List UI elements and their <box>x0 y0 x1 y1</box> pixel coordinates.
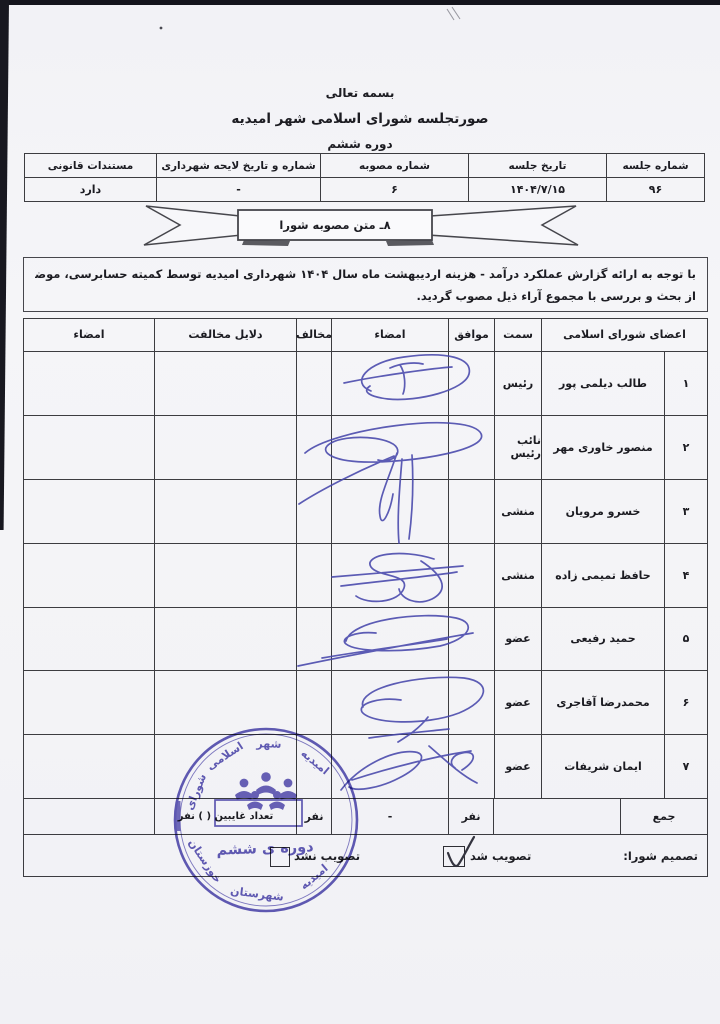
signature-cell <box>331 608 448 671</box>
disagree-reasons-cell <box>154 671 296 734</box>
row-number: ۱ <box>664 352 707 415</box>
row-number: ۴ <box>664 544 707 607</box>
info-header-row: شماره جلسه تاریخ جلسه شماره مصوبه شماره … <box>25 154 704 177</box>
signature-cell <box>331 671 448 734</box>
disagree-reasons-cell <box>154 544 296 607</box>
member-position: منشی <box>494 544 541 607</box>
info-header-resolution-no: شماره مصوبه <box>320 154 468 177</box>
row-number: ۳ <box>664 480 707 543</box>
disagree-cell <box>296 735 331 798</box>
member-row-6: ۶ محمدرضا آقاجری عضو <box>24 670 707 734</box>
row-number: ۶ <box>664 671 707 734</box>
info-value-session-date: ۱۴۰۴/۷/۱۵ <box>468 178 606 201</box>
agree-cell <box>448 671 494 734</box>
total-signature-dash: - <box>331 799 448 834</box>
scan-edge-top <box>0 0 720 5</box>
col-header-signature-2: امضاء <box>24 319 154 351</box>
agree-cell <box>448 352 494 415</box>
signature-2-cell <box>24 608 154 671</box>
member-position: رئیس <box>494 352 541 415</box>
info-header-session-date: تاریخ جلسه <box>468 154 606 177</box>
disagree-reasons-cell <box>154 352 296 415</box>
total-disagree-count: نفر <box>296 799 331 834</box>
member-name: ایمان شریفات <box>541 735 664 798</box>
decision-label: تصمیم شورا: <box>623 835 698 877</box>
member-name: منصور خاوری مهر <box>541 416 664 479</box>
member-name: طالب دیلمی پور <box>541 352 664 415</box>
agree-cell <box>448 735 494 798</box>
member-row-1: ۱ طالب دیلمی پور رئیس <box>24 351 707 415</box>
pen-mark-top <box>447 7 460 20</box>
ribbon-right-tail <box>428 206 578 245</box>
ink-dot <box>160 27 163 30</box>
resolution-line-1: با توجه به ارائه گزارش عملکرد درآمد - هز… <box>35 263 696 285</box>
resolution-text-box: با توجه به ارائه گزارش عملکرد درآمد - هز… <box>23 257 708 312</box>
bismillah-text: بسمه تعالی <box>0 86 720 100</box>
member-row-2: ۲ منصور خاوری مهر نائب رئیس <box>24 415 707 479</box>
member-name: حمید رفیعی <box>541 608 664 671</box>
member-name: خسرو مرویان <box>541 480 664 543</box>
col-header-position: سمت <box>494 319 541 351</box>
disagree-cell <box>296 671 331 734</box>
ribbon-left-tail <box>144 206 242 245</box>
disagree-cell <box>296 352 331 415</box>
rejected-checkbox <box>270 847 290 867</box>
agree-cell <box>448 544 494 607</box>
info-value-row: ۹۶ ۱۴۰۴/۷/۱۵ ۶ - دارد <box>25 177 704 201</box>
term-subtitle: دوره ششم <box>0 137 720 151</box>
total-empty-cell <box>493 799 620 834</box>
disagree-reasons-cell <box>154 480 296 543</box>
info-value-session-no: ۹۶ <box>606 178 704 201</box>
vote-table: اعضای شورای اسلامی سمت موافق امضاء مخالف… <box>23 318 708 877</box>
signature-2-cell <box>24 416 154 479</box>
session-info-table: شماره جلسه تاریخ جلسه شماره مصوبه شماره … <box>24 153 705 202</box>
member-row-7: ۷ ایمان شریفات عضو <box>24 734 707 798</box>
scanned-document-page: بسمه تعالی صورتجلسه شورای اسلامی شهر امی… <box>0 0 720 1024</box>
total-label: جمع <box>620 799 707 834</box>
disagree-cell <box>296 416 331 479</box>
signature-cell <box>331 480 448 543</box>
member-row-4: ۴ حافظ تمیمی زاده منشی <box>24 543 707 607</box>
agree-cell <box>448 480 494 543</box>
disagree-cell <box>296 544 331 607</box>
info-header-bill-no-date: شماره و تاریخ لایحه شهرداری <box>156 154 320 177</box>
member-row-5: ۵ حمید رفیعی عضو <box>24 607 707 671</box>
col-header-signature: امضاء <box>331 319 448 351</box>
col-header-disagree: مخالف <box>296 319 331 351</box>
signature-2-cell <box>24 544 154 607</box>
member-name: محمدرضا آقاجری <box>541 671 664 734</box>
info-value-bill-no-date: - <box>156 178 320 201</box>
info-header-session-no: شماره جلسه <box>606 154 704 177</box>
disagree-cell <box>296 608 331 671</box>
member-position: عضو <box>494 671 541 734</box>
row-number: ۷ <box>664 735 707 798</box>
info-value-legal-docs: دارد <box>25 178 156 201</box>
total-signature-2-cell <box>24 799 154 834</box>
row-number: ۵ <box>664 608 707 671</box>
member-row-3: ۳ خسرو مرویان منشی <box>24 479 707 543</box>
col-header-disagree-reasons: دلایل مخالفت <box>154 319 296 351</box>
member-position: منشی <box>494 480 541 543</box>
info-value-resolution-no: ۶ <box>320 178 468 201</box>
col-header-agree: موافق <box>448 319 494 351</box>
disagree-reasons-cell <box>154 416 296 479</box>
agree-cell <box>448 416 494 479</box>
signature-2-cell <box>24 480 154 543</box>
disagree-cell <box>296 480 331 543</box>
col-header-members: اعضای شورای اسلامی <box>541 319 707 351</box>
total-row: جمع نفر - نفر تعداد غایبین ( ) نفر <box>24 798 707 834</box>
signature-cell <box>331 544 448 607</box>
scan-edge-left <box>0 0 9 530</box>
total-agree-count: نفر <box>448 799 493 834</box>
approved-label: تصویب شد <box>470 835 531 877</box>
stamp-arc-word: شهرستان <box>230 884 285 903</box>
member-position: نائب رئیس <box>494 416 541 479</box>
document-title: صورتجلسه شورای اسلامی شهر امیدیه <box>0 111 720 127</box>
member-name: حافظ تمیمی زاده <box>541 544 664 607</box>
row-number: ۲ <box>664 416 707 479</box>
signature-2-cell <box>24 671 154 734</box>
member-position: عضو <box>494 608 541 671</box>
signature-2-cell <box>24 352 154 415</box>
approved-checkbox <box>443 846 465 867</box>
member-position: عضو <box>494 735 541 798</box>
signature-cell <box>331 352 448 415</box>
vote-header-row: اعضای شورای اسلامی سمت موافق امضاء مخالف… <box>24 319 707 351</box>
ribbon-title: ۸ـ متن مصوبه شورا <box>238 211 432 239</box>
signature-2-cell <box>24 735 154 798</box>
decision-row: تصمیم شورا: تصویب شد تصویب نشد <box>24 834 707 876</box>
info-header-legal-docs: مستندات قانونی <box>25 154 156 177</box>
disagree-reasons-cell <box>154 608 296 671</box>
signature-cell <box>331 735 448 798</box>
rejected-label: تصویب نشد <box>294 835 360 877</box>
signature-cell <box>331 416 448 479</box>
disagree-reasons-cell <box>154 735 296 798</box>
resolution-line-2: از بحث و بررسی با مجموع آراء ذیل مصوب گر… <box>35 285 696 307</box>
agree-cell <box>448 608 494 671</box>
absent-count: تعداد غایبین ( ) نفر <box>154 799 296 834</box>
